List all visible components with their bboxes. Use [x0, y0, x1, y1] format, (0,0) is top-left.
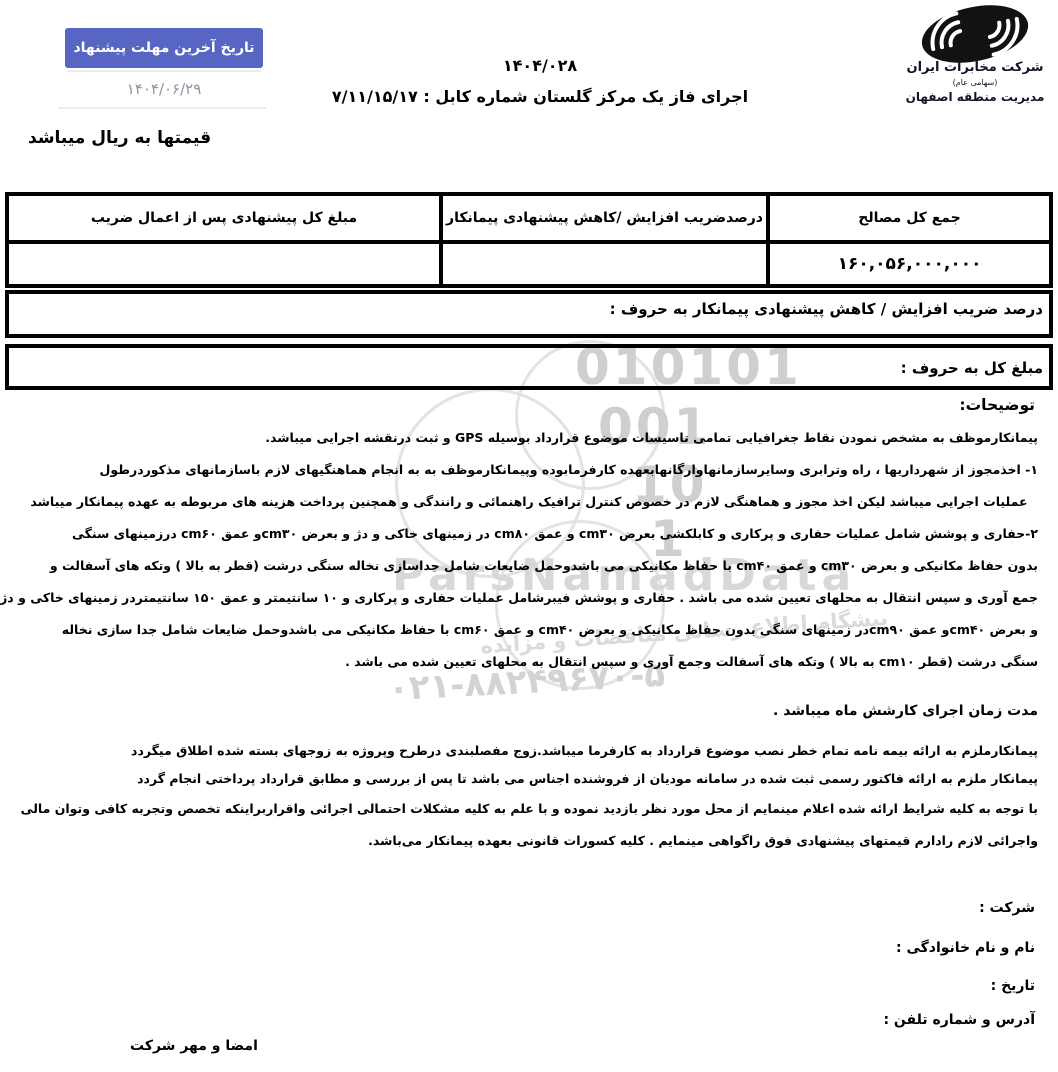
tci-logo-mark	[893, 4, 1057, 64]
divider	[58, 107, 266, 109]
note-line: ۱- اخذمجوز از شهرداریها ، راه وترابری وس…	[20, 462, 1038, 477]
note-line-duration: مدت زمان اجرای کارشش ماه میباشد .	[20, 703, 1038, 719]
bid-table-header-row: جمع کل مصالح درصدضریب افزایش /کاهش پیشنه…	[9, 196, 1049, 244]
logo-region-name: مدیریت منطقه اصفهان	[893, 90, 1057, 104]
company-field-label: شرکت :	[979, 900, 1035, 916]
tci-logo: شرکت مخابرات ایران (سهامی عام) مدیریت من…	[893, 2, 1057, 124]
note-line: با توجه به کلیه شرایط ارائه شده اعلام می…	[20, 801, 1038, 816]
total-in-words-row[interactable]: مبلغ کل به حروف :	[5, 344, 1053, 390]
deadline-date: ۱۴۰۴/۰۶/۲۹	[65, 80, 263, 98]
bid-table: جمع کل مصالح درصدضریب افزایش /کاهش پیشنه…	[5, 192, 1053, 288]
contractor-percent-input-cell[interactable]	[439, 244, 766, 284]
price-currency-note: قیمتها به ریال میباشد	[28, 128, 211, 148]
note-line: جمع آوری و سپس انتقال به محلهای تعیین شد…	[20, 590, 1038, 605]
note-line: واجرائی لازم رادارم قیمتهای پیشنهادی فوق…	[20, 833, 1038, 848]
logo-company-type: (سهامی عام)	[893, 78, 1057, 87]
divider	[67, 70, 261, 72]
percent-in-words-row[interactable]: درصد ضریب افزایش / کاهش پیشنهادی پیمانکا…	[5, 290, 1053, 338]
materials-total-value: ۱۶۰,۰۵۶,۰۰۰,۰۰۰	[766, 244, 1049, 284]
note-line: پیمانکارملزم به ارائه بیمه نامه تمام خطر…	[20, 743, 1038, 758]
note-line: پیمانکارموظف به مشخص نمودن نقاط جغرافیای…	[20, 430, 1038, 445]
date-field-label: تاریخ :	[991, 978, 1035, 994]
deadline-badge: تاریخ آخرین مهلت پیشنهاد	[65, 28, 263, 68]
note-line: عملیات اجرایی میباشد لیکن اخذ مجوز و هما…	[20, 494, 1038, 509]
page-title: اجرای فاز یک مرکز گلستان شماره کابل : ۷/…	[280, 87, 800, 106]
address-phone-field-label: آدرس و شماره تلفن :	[883, 1012, 1035, 1028]
note-line: ۲-حفاری و پوشش شامل عملیات حفاری و پرکار…	[20, 526, 1038, 541]
note-line: بدون حفاظ مکانیکی و بعرض cm۳۰ و عمق cm۴۰…	[20, 558, 1038, 573]
bid-table-value-row: ۱۶۰,۰۵۶,۰۰۰,۰۰۰	[9, 244, 1049, 284]
document-heading: ۱۴۰۴/۰۲۸ اجرای فاز یک مرکز گلستان شماره …	[280, 56, 800, 106]
header-cell-total-after-factor: مبلغ کل پیشنهادی پس از اعمال ضریب	[9, 196, 439, 240]
total-after-factor-input-cell[interactable]	[9, 244, 439, 284]
header-cell-materials-total: جمع کل مصالح	[766, 196, 1049, 240]
header-cell-contractor-percent: درصدضریب افزایش /کاهش پیشنهادی پیمانکار	[439, 196, 766, 240]
notes-heading: توضیحات:	[959, 396, 1035, 414]
signature-stamp-label: امضا و مهر شرکت	[130, 1038, 258, 1054]
note-line: سنگی درشت (قطر cm۱۰ به بالا ) وتکه های آ…	[20, 654, 1038, 669]
note-line: پیمانکار ملزم به ارائه فاکتور رسمی ثبت ش…	[20, 771, 1038, 786]
note-line: و بعرض cm۴۰و عمق cm۹۰در زمینهای سنگی بدو…	[20, 622, 1038, 637]
logo-company-name: شرکت مخابرات ایران	[893, 60, 1057, 75]
name-field-label: نام و نام خانوادگی :	[896, 940, 1035, 956]
doc-number: ۱۴۰۴/۰۲۸	[280, 56, 800, 75]
